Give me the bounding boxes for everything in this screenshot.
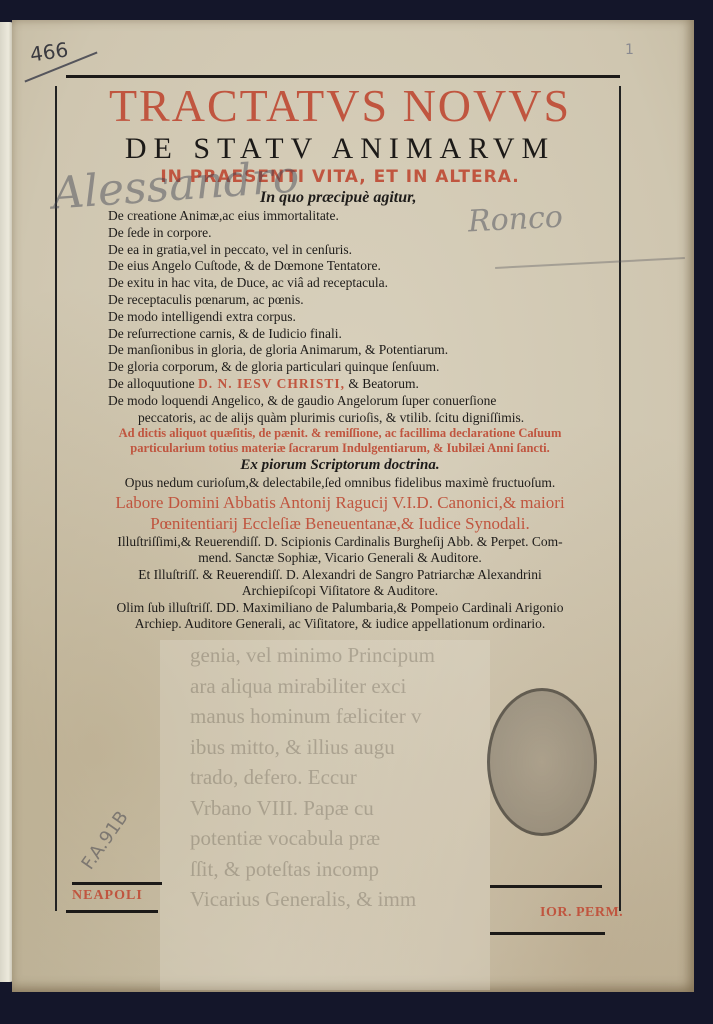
ghost-line: genia, vel minimo Principum	[190, 640, 590, 671]
imprint-rule-top-right	[490, 885, 602, 888]
dedication-line: Et Illuſtriſſ. & Reuerendiſſ. D. Alexand…	[60, 567, 620, 584]
topic-item: De exitu in hac vita, de Duce, ac viâ ad…	[108, 275, 620, 292]
dedication-line: Olim ſub illuſtriſſ. DD. Maximiliano de …	[60, 600, 620, 617]
imprint-permission: IOR. PERM.	[540, 905, 623, 921]
addendum-line: Ad dictis aliquot quæſitis, de pænit. & …	[60, 426, 620, 441]
topic-item: De ea in gratia,vel in peccato, vel in c…	[108, 242, 620, 259]
topic-item: De eius Angelo Cuſtode, & de Dœmone Tent…	[108, 258, 620, 275]
opus-line: Opus nedum curioſum,& delectabile,ſed om…	[60, 475, 620, 492]
main-title: TRACTATVS NOVVS	[60, 80, 620, 132]
imprint-rule-top-left	[72, 882, 162, 885]
imprint-rule-bottom-left	[66, 910, 158, 913]
imprint-rule-bottom-right	[490, 932, 605, 935]
alloquutione-red: D. N. IESV CHRISTI,	[198, 376, 345, 391]
topic-item: De reſurrectione carnis, & de Iudicio fi…	[108, 326, 620, 343]
dedication-line: Archiepiſcopi Viſitatore & Auditore.	[60, 583, 620, 600]
topic-item-continued: peccatoris, ac de alijs quàm plurimis cu…	[108, 410, 620, 427]
author-line: Labore Domini Abbatis Antonij Ragucij V.…	[60, 492, 620, 513]
alloquutione-prefix: De alloquutione	[108, 376, 195, 391]
author-line: Pœnitentiarij Eccleſiæ Beneuentanæ,& Iud…	[60, 513, 620, 534]
dedication-line: Illuſtriſſimi,& Reuerendiſſ. D. Scipioni…	[60, 534, 620, 551]
dedication-line: mend. Sanctæ Sophiæ, Vicario Generali & …	[60, 550, 620, 567]
topic-item: De receptaculis pœnarum, ac pœnis.	[108, 292, 620, 309]
pencil-signature-right: Ronco	[467, 200, 564, 240]
dedication-line: Archiep. Auditore Generali, ac Viſitator…	[60, 616, 620, 633]
subtitle: DE STATV ANIMARVM	[60, 132, 620, 166]
library-stamp-icon	[487, 688, 597, 836]
topic-item: De manſionibus in gloria, de gloria Anim…	[108, 342, 620, 359]
topic-item-alloquutione: De alloquutione D. N. IESV CHRISTI, & Be…	[108, 376, 620, 393]
source-line: Ex piorum Scriptorum doctrina.	[60, 456, 620, 475]
topic-item: De gloria corporum, & de gloria particul…	[108, 359, 620, 376]
ghost-line: Vicarius Generalis, & imm	[190, 884, 590, 915]
topic-item: De modo intelligendi extra corpus.	[108, 309, 620, 326]
addendum-line: particularium totius materiæ ſacrarum In…	[60, 441, 620, 456]
ghost-line: ſſit, & poteſtas incomp	[190, 854, 590, 885]
imprint-place: NEAPOLI	[72, 888, 143, 904]
alloquutione-suffix: & Beatorum.	[348, 376, 419, 391]
topic-item: De modo loquendi Angelico, & de gaudio A…	[108, 393, 620, 410]
topics-list: De creatione Animæ,ac eius immortalitate…	[60, 208, 620, 426]
corner-mark: 1	[625, 42, 634, 58]
